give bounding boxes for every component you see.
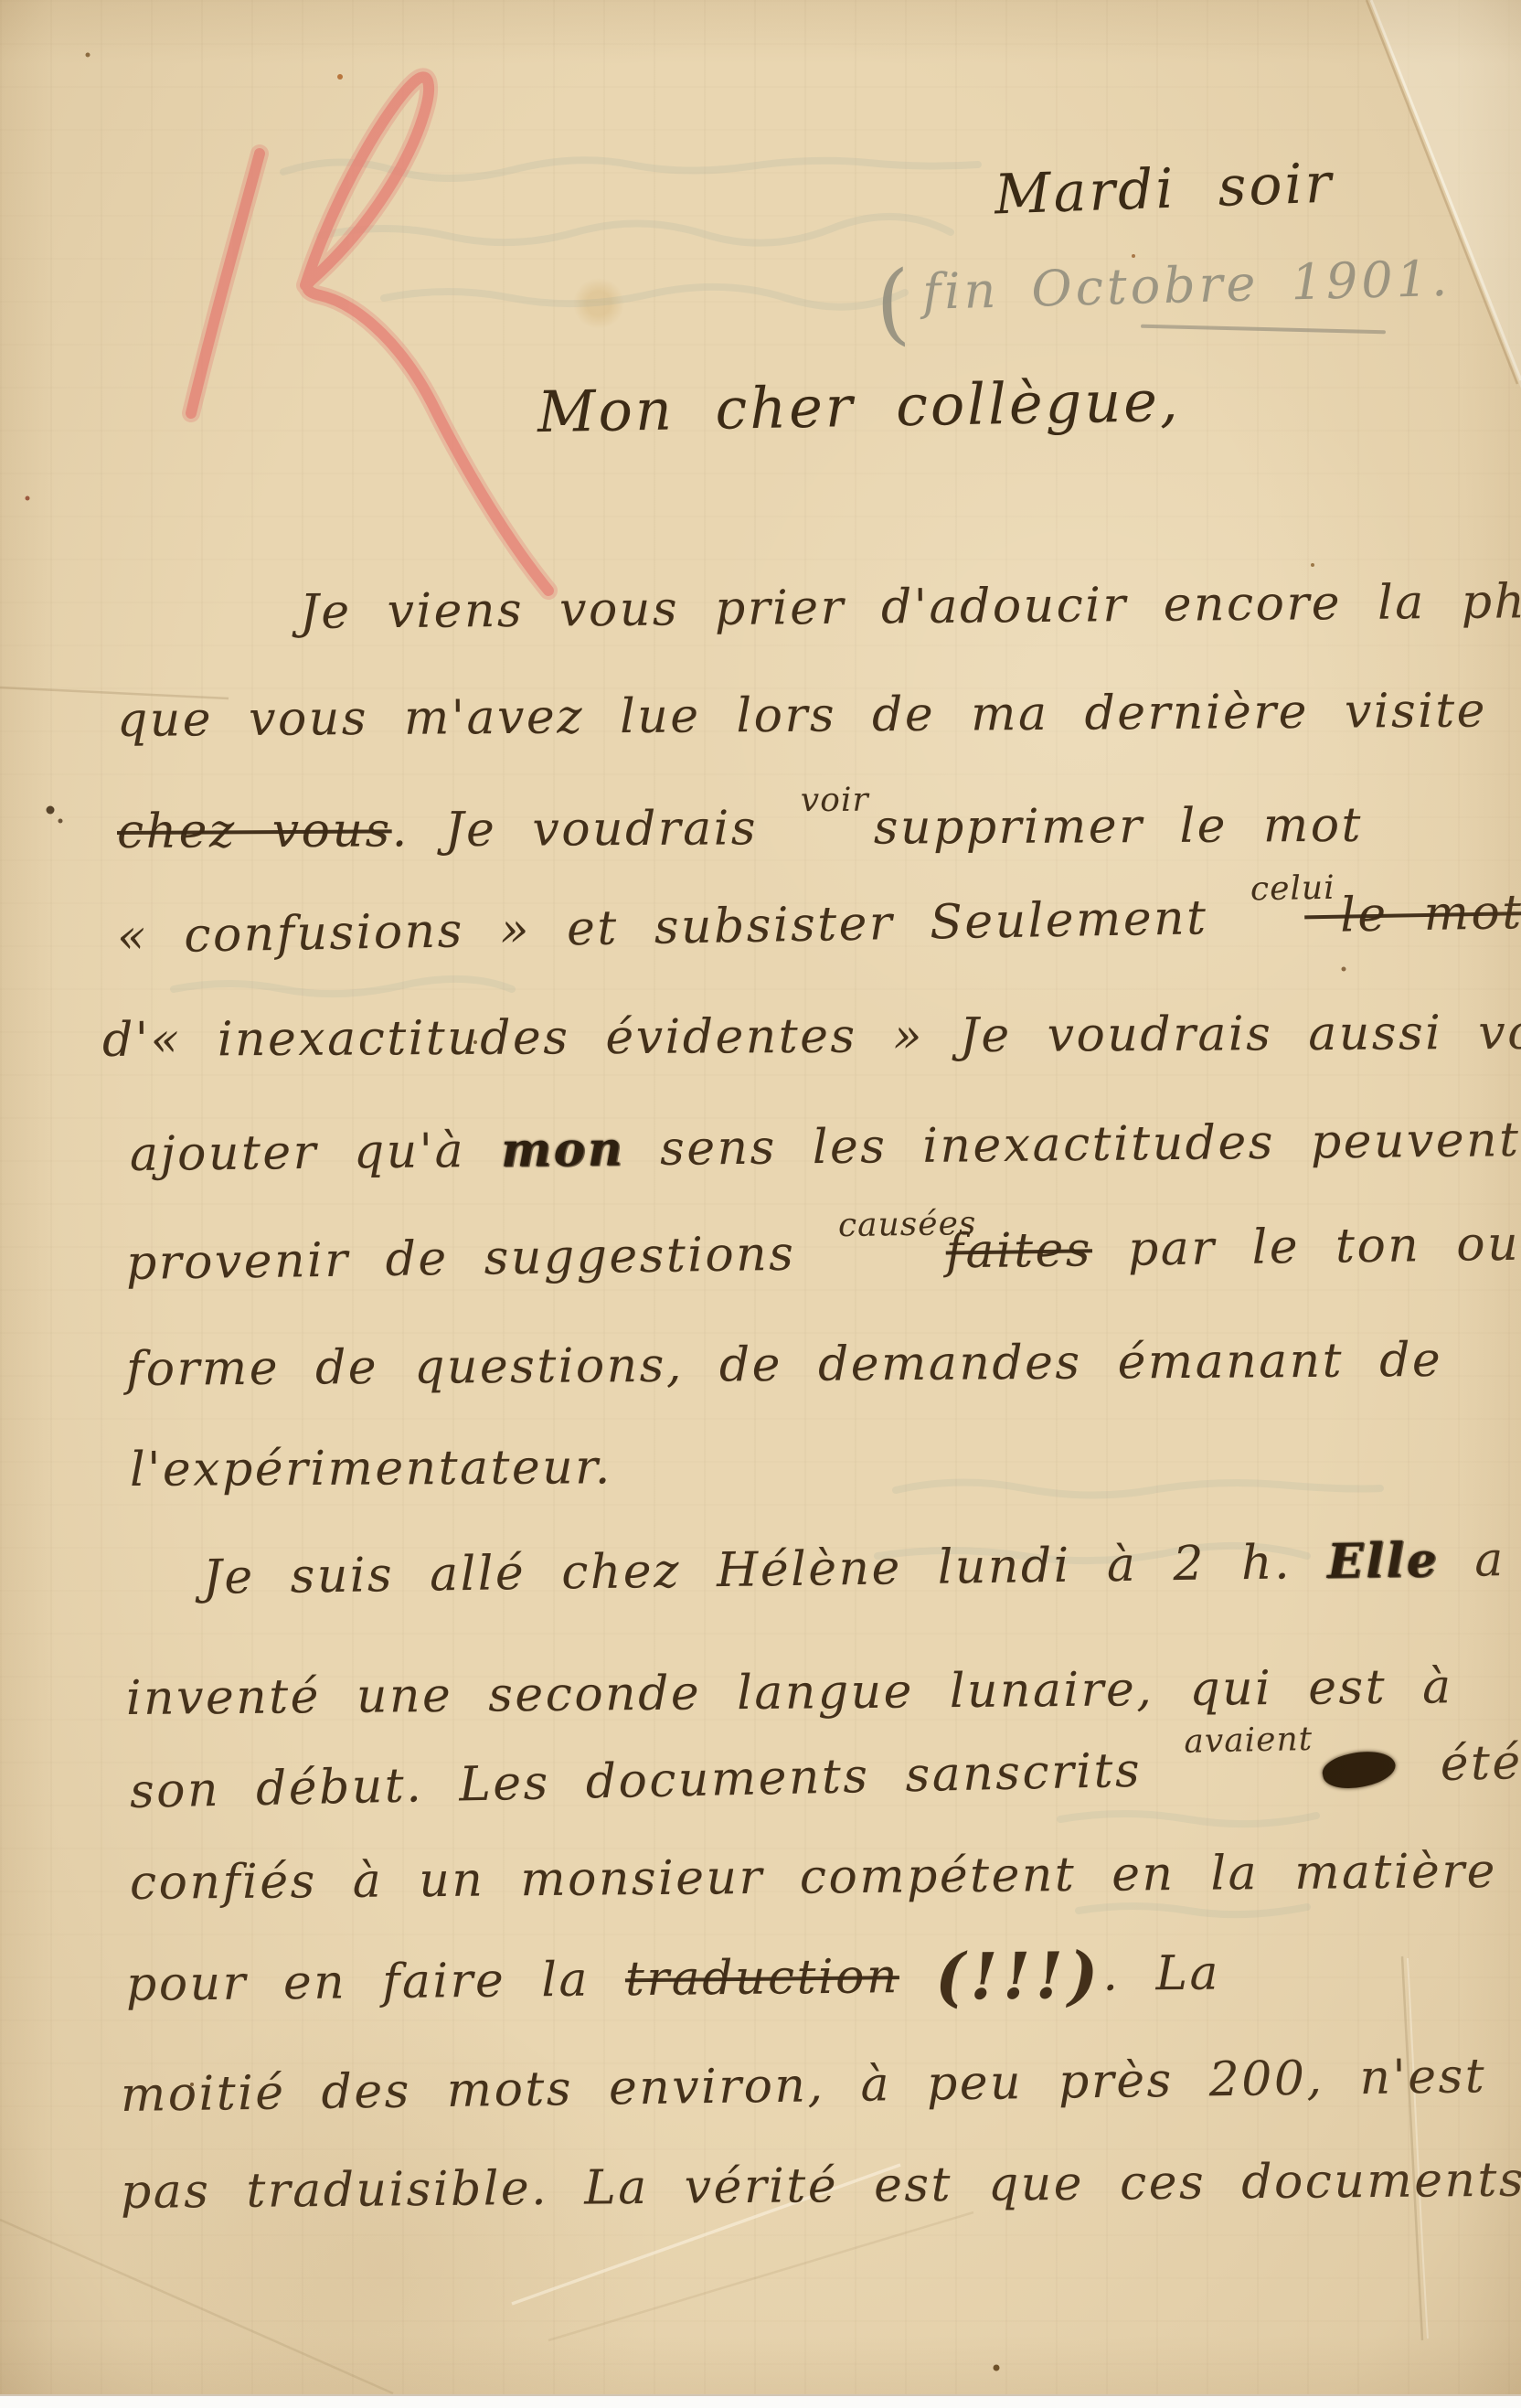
line-segment: Elle (1327, 1532, 1440, 1590)
line-segment: causées (838, 1205, 977, 1244)
line-segment: d'« inexactitudes évidentes » Je voudrai… (102, 1006, 1521, 1068)
line-segment: inventé une seconde langue lunaire, qui … (126, 1659, 1453, 1726)
scan-edge-strip (0, 2394, 1521, 2408)
letter-line: Je viens vous prier d'adoucir encore la … (300, 573, 1521, 640)
letter-line: son début. Les documents sanscrits avaie… (129, 1735, 1521, 1819)
letter-line: pas traduisible. La vérité est que ces d… (121, 2153, 1521, 2220)
line-segment: mon (501, 1121, 625, 1177)
line-segment: moitié des mots environ, à peu près 200,… (121, 2049, 1487, 2123)
ink-blot (1320, 1745, 1399, 1794)
line-segment: sens les inexactitudes peuvent (624, 1113, 1521, 1177)
line-segment: confiés à un monsieur compétent en la ma… (130, 1844, 1497, 1911)
letter-line: d'« inexactitudes évidentes » Je voudrai… (102, 1006, 1521, 1068)
line-segment: « confusions » et subsister Seulement (116, 890, 1244, 964)
line-segment: supprimer le mot (838, 798, 1363, 856)
line-segment: été (1404, 1735, 1521, 1793)
letter-line: inventé une seconde langue lunaire, qui … (126, 1659, 1453, 1726)
line-segment: (!!!) (935, 1937, 1103, 2015)
line-segment: le mot (1304, 885, 1521, 943)
date-line: Mardi soir (994, 152, 1335, 228)
line-segment: que vous m'avez lue lors de ma dernière … (117, 684, 1487, 748)
letter-line: pour en faire la traduction (!!!). La (126, 1935, 1221, 2023)
line-segment: ajouter qu'à (130, 1124, 502, 1182)
line-segment: traduction (625, 1949, 900, 2007)
letter-line: ajouter qu'à mon sens les inexactitudes … (130, 1112, 1521, 1182)
letter-line: Je suis allé chez Hélène lundi à 2 h. El… (203, 1531, 1506, 1605)
pencil-date-text: fin Octobre 1901. (921, 250, 1451, 321)
line-segment: Je viens vous prier d'adoucir encore la … (300, 573, 1521, 640)
line-segment: Je suis allé chez Hélène lundi à 2 h. (203, 1535, 1328, 1605)
line-segment: voir (801, 782, 869, 819)
line-segment: l'expérimentateur. (130, 1440, 612, 1497)
line-segment: chez vous (117, 803, 392, 859)
line-segment: . La (1102, 1945, 1220, 2001)
red-crayon-mark (0, 0, 1521, 2408)
letter-line: « confusions » et subsister Seulement ce… (116, 885, 1521, 964)
line-segment: forme de questions, de demandes émanant … (126, 1333, 1443, 1397)
line-segment (899, 1949, 936, 2004)
letter-page: Mardi soir (fin Octobre 1901. Mon cher c… (0, 0, 1521, 2408)
pencil-paren: ( (875, 251, 915, 355)
letter-line: chez vous. Je voudrais voir supprimer le… (117, 798, 1363, 859)
line-segment: par le ton ou la (1092, 1215, 1521, 1277)
line-segment: pour en faire la (126, 1952, 626, 2012)
pencil-date-annotation: (fin Octobre 1901. (875, 238, 1452, 355)
line-segment: pas traduisible. La vérité est que ces d… (121, 2153, 1521, 2220)
paper-texture-layer (0, 0, 1521, 2408)
line-segment: son début. Les documents sanscrits (129, 1742, 1177, 1819)
letter-line: que vous m'avez lue lors de ma dernière … (117, 684, 1487, 748)
line-segment: provenir de suggestions (126, 1226, 832, 1291)
line-segment: avaient (1184, 1721, 1314, 1761)
letter-line: moitié des mots environ, à peu près 200,… (121, 2049, 1487, 2123)
letter-line: forme de questions, de demandes émanant … (126, 1333, 1443, 1397)
letter-line: provenir de suggestions causéesfaites pa… (126, 1215, 1521, 1291)
line-segment: celui (1250, 869, 1335, 909)
salutation: Mon cher collègue, (537, 368, 1181, 445)
letter-line: confiés à un monsieur compétent en la ma… (130, 1844, 1497, 1911)
line-segment: . Je voudrais (392, 801, 794, 858)
letter-line: l'expérimentateur. (130, 1440, 612, 1497)
line-segment: a (1439, 1532, 1505, 1588)
